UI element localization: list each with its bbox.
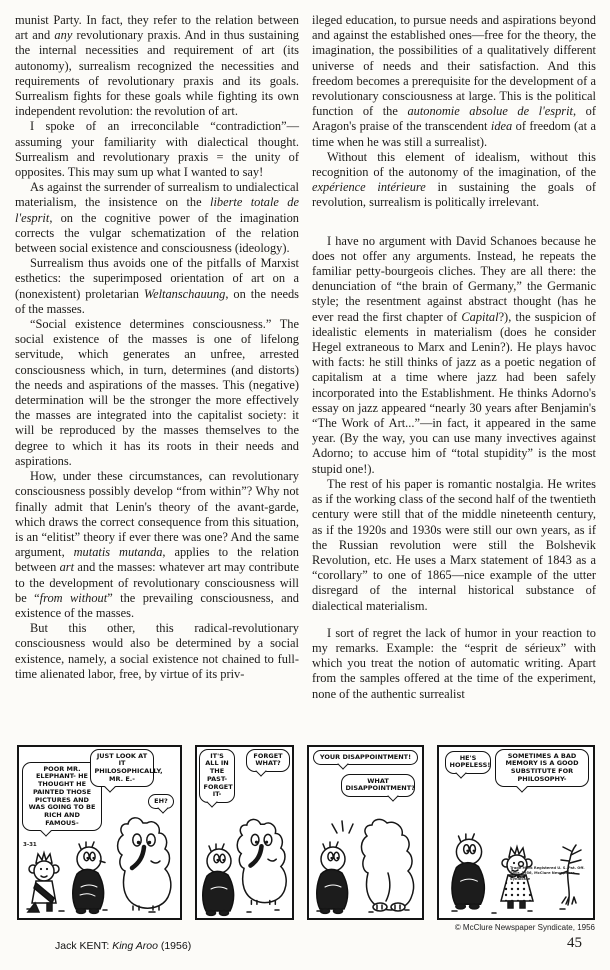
comic-panel-1: POOR MR. ELEPHANT- HE THOUGHT HE PAINTED…: [17, 745, 182, 920]
ground-marks: [452, 909, 565, 913]
comic-art-panel-4: [439, 805, 593, 917]
speech-balloon: YOUR DISAPPOINTMENT!: [313, 750, 418, 765]
strip-copyright-fine-print: Trade Mark Registered U. S. Pat. Off. Co…: [510, 866, 588, 882]
elephant-figure: [237, 819, 286, 904]
king-aroo-figure: [28, 853, 59, 912]
speech-balloon: SOMETIMES A BAD MEMORY IS A GOOD SUBSTIT…: [495, 749, 589, 787]
comic-panel-2: IT'S ALL IN THE PAST- FORGET IT- FORGET …: [195, 745, 294, 920]
paragraph: How, under these circumstances, can revo…: [15, 469, 299, 621]
comic-caption: Jack KENT: King Aroo (1956): [55, 940, 191, 952]
paragraph: munist Party. In fact, they refer to the…: [15, 13, 299, 119]
text-column-right: ileged education, to pursue needs and as…: [312, 13, 596, 743]
paragraph: I sort of regret the lack of humor in yo…: [312, 626, 596, 702]
speech-balloon: IT'S ALL IN THE PAST- FORGET IT-: [199, 749, 235, 803]
page-number: 45: [567, 935, 582, 952]
comic-strip: POOR MR. ELEPHANT- HE THOUGHT HE PAINTED…: [17, 745, 595, 920]
caption-author: Jack KENT:: [55, 940, 109, 952]
caption-year: (1956): [161, 940, 191, 952]
elephant-back-figure: [361, 819, 413, 911]
journal-page: munist Party. In fact, they refer to the…: [0, 0, 610, 970]
paragraph: ileged education, to pursue needs and as…: [312, 13, 596, 150]
emphasis-marks: [332, 821, 353, 833]
paragraph: As against the surrender of surrealism t…: [15, 180, 299, 256]
paragraph: I spoke of an irreconcilable “contradict…: [15, 119, 299, 180]
elephant-figure: [118, 818, 171, 910]
paragraph: Surrealism thus avoids one of the pitfal…: [15, 256, 299, 317]
syndicate-credit: © McClure Newspaper Syndicate, 1956: [455, 923, 595, 932]
article-body: munist Party. In fact, they refer to the…: [15, 13, 596, 743]
comic-art-panel-2: [197, 805, 292, 917]
paragraph: But this other, this radical-revolutiona…: [15, 621, 299, 682]
comic-panel-3: YOUR DISAPPOINTMENT! WHAT DISAPPOINTMENT…: [307, 745, 424, 920]
comic-art-panel-3: [309, 805, 422, 917]
comic-panel-4: HE'S HOPELESS! SOMETIMES A BAD MEMORY IS…: [437, 745, 595, 920]
paragraph: “Social existence determines consciousne…: [15, 317, 299, 469]
artist-date-signature: 3-31: [23, 842, 37, 848]
speech-balloon: JUST LOOK AT IT PHILOSOPHICALLY, MR. E.-: [90, 749, 154, 787]
text-column-left: munist Party. In fact, they refer to the…: [15, 13, 299, 743]
speech-balloon: EH?: [148, 794, 174, 809]
speech-balloon: HE'S HOPELESS!: [445, 751, 491, 774]
paragraph: I have no argument with David Schanoes b…: [312, 234, 596, 477]
caption-title: King Aroo: [112, 940, 158, 952]
speech-balloon: FORGET WHAT?: [246, 749, 290, 772]
paragraph: The rest of his paper is romantic nostal…: [312, 477, 596, 614]
yupyop-figure: [203, 844, 234, 915]
yupyop-figure: [73, 842, 105, 913]
speech-balloon: WHAT DISAPPOINTMENT?: [341, 774, 415, 797]
yupyop-figure: [317, 842, 348, 913]
yupyop-figure: [452, 834, 484, 909]
paragraph: Without this element of idealism, withou…: [312, 150, 596, 211]
